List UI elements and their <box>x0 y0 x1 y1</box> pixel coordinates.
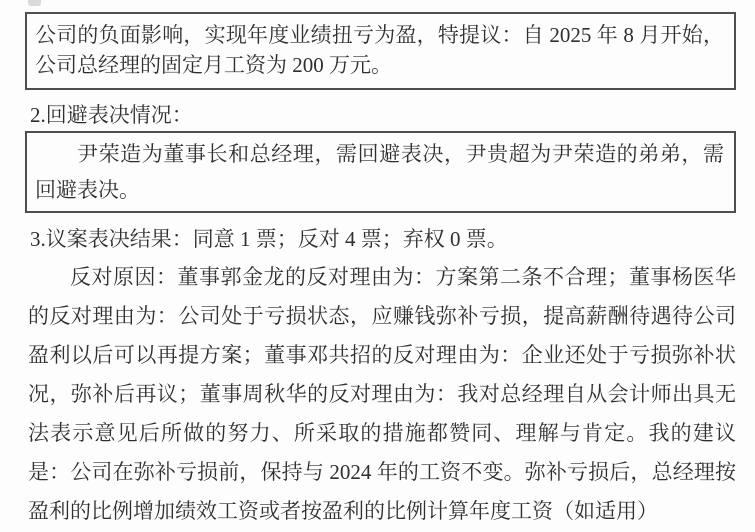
section-3-heading: 3.议案表决结果：同意 1 票；反对 4 票；弃权 0 票。 <box>30 226 736 252</box>
recusal-text-box: 尹荣造为董事长和总经理，需回避表决，尹贵超为尹荣造的弟弟，需回避表决。 <box>25 131 736 213</box>
opposition-reasons-paragraph: 反对原因：董事郭金龙的反对理由为：方案第二条不合理；董事杨医华的反对理由为：公司… <box>28 258 736 531</box>
proposal-text: 公司的负面影响，实现年度业绩扭亏为盈，特提议：自 2025 年 8 月开始，公司… <box>35 20 724 80</box>
scan-artifact <box>28 0 41 6</box>
proposal-text-box: 公司的负面影响，实现年度业绩扭亏为盈，特提议：自 2025 年 8 月开始，公司… <box>25 12 736 90</box>
section-2-heading: 2.回避表决情况： <box>30 102 736 128</box>
recusal-text: 尹荣造为董事长和总经理，需回避表决，尹贵超为尹荣造的弟弟，需回避表决。 <box>35 136 724 208</box>
document-page: 公司的负面影响，实现年度业绩扭亏为盈，特提议：自 2025 年 8 月开始，公司… <box>0 0 755 532</box>
